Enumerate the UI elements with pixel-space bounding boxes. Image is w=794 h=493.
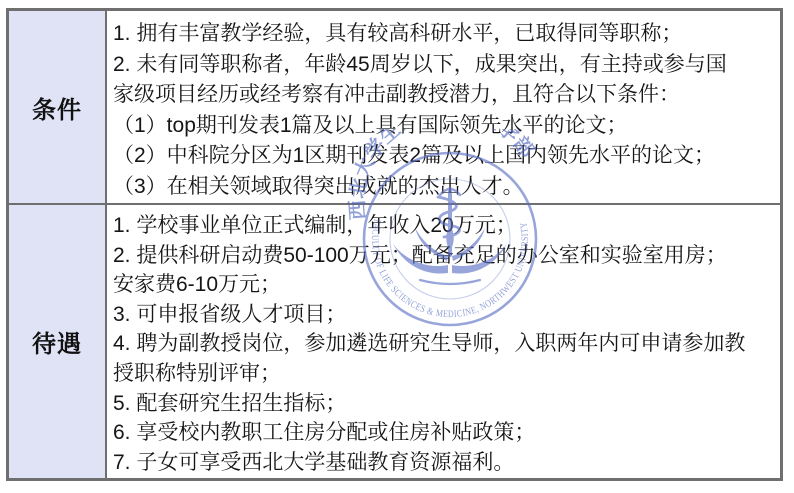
row-header-benefits: 待遇 bbox=[9, 205, 105, 478]
conditions-text-cell: 1. 拥有丰富教学经验，具有较高科研水平，已取得同等职称； 2. 未有同等职称者… bbox=[113, 19, 774, 202]
text-line: 授职称特别评审； bbox=[113, 359, 774, 389]
column-divider bbox=[105, 11, 107, 478]
row-header-conditions: 条件 bbox=[9, 11, 105, 203]
text-line: 安家费6-10万元； bbox=[113, 270, 774, 300]
benefits-text-cell: 1. 学校事业单位正式编制，年收入20万元； 2. 提供科研启动费50-100万… bbox=[113, 211, 774, 477]
text-line: （1）top期刊发表1篇及以上具有国际领先水平的论文； bbox=[113, 111, 774, 142]
text-line: 4. 聘为副教授岗位，参加遴选研究生导师，入职两年内可申请参加教 bbox=[113, 329, 774, 359]
text-line: 1. 学校事业单位正式编制，年收入20万元； bbox=[113, 211, 774, 241]
text-line: 6. 享受校内教职工住房分配或住房补贴政策； bbox=[113, 418, 774, 448]
text-line: 2. 提供科研启动费50-100万元；配备充足的办公室和实验室用房； bbox=[113, 241, 774, 271]
text-line: 1. 拥有丰富教学经验，具有较高科研水平，已取得同等职称； bbox=[113, 19, 774, 50]
page-root: { "table": { "border_color": "#6f6f6f", … bbox=[0, 0, 794, 493]
text-line: （3）在相关领域取得突出成就的杰出人才。 bbox=[113, 172, 774, 203]
text-line: 3. 可申报省级人才项目； bbox=[113, 300, 774, 330]
text-line: 5. 配套研究生招生指标； bbox=[113, 389, 774, 419]
info-table: 条件 待遇 1. 拥有丰富教学经验，具有较高科研水平，已取得同等职称； 2. 未… bbox=[6, 8, 783, 481]
text-line: （2）中科院分区为1区期刊发表2篇及以上国内领先水平的论文； bbox=[113, 141, 774, 172]
conditions-label: 条件 bbox=[32, 90, 82, 125]
text-line: 2. 未有同等职称者，年龄45周岁以下，成果突出，有主持或参与国 bbox=[113, 50, 774, 81]
benefits-label: 待遇 bbox=[32, 324, 82, 359]
text-line: 7. 子女可享受西北大学基础教育资源福利。 bbox=[113, 448, 774, 478]
row-divider bbox=[9, 203, 780, 205]
text-line: 家级项目经历或经考察有冲击副教授潜力，且符合以下条件： bbox=[113, 80, 774, 111]
